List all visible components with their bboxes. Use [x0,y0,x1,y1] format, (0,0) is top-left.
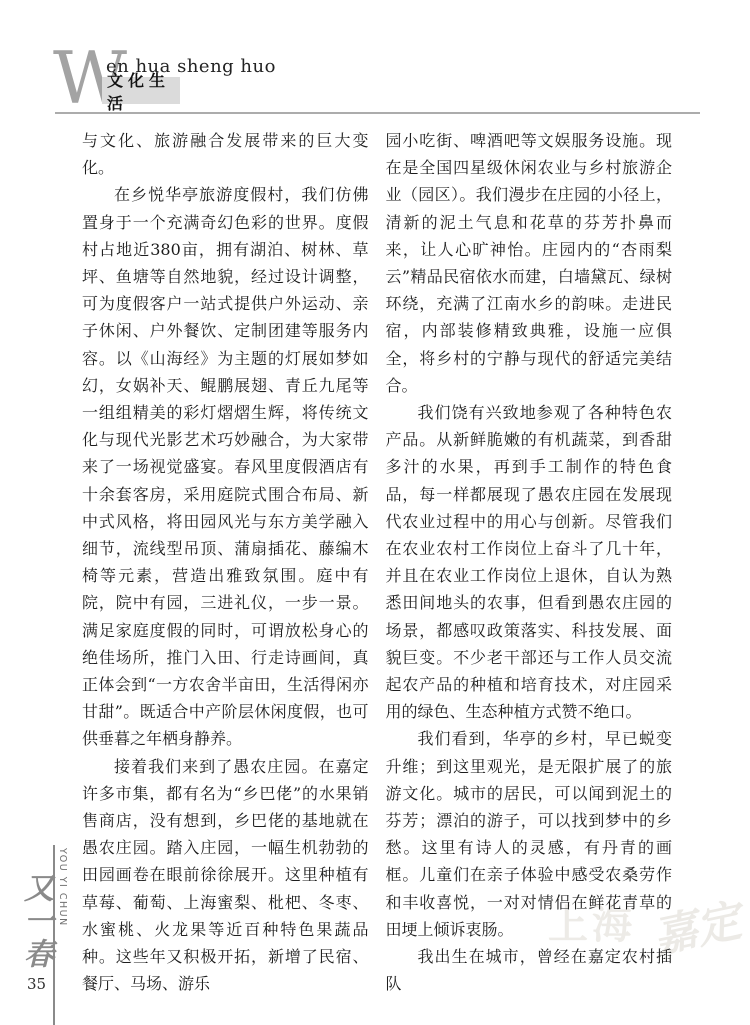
magazine-page: W en hua sheng huo 文化生活 上海 嘉定 与文化、旅游融合发展… [0,0,750,1025]
page-number: 35 [27,975,46,993]
paragraph: 接着我们来到了愚农庄园。在嘉定许多市集，都有名为“乡巴佬”的水果销售商店，没有想… [82,753,369,998]
paragraph: 我出生在城市，曾经在嘉定农村插队 [386,943,673,997]
paragraph: 我们饶有兴致地参观了各种特色农产品。从新鲜脆嫩的有机蔬菜，到香甜多汁的水果，再到… [386,399,673,725]
article-right-column: 园小吃街、啤酒吧等文娱服务设施。现在是全国四星级休闲农业与乡村旅游企业（园区）。… [386,127,673,998]
section-title-badge: 文化生活 [102,77,180,104]
paragraph: 园小吃街、啤酒吧等文娱服务设施。现在是全国四星级休闲农业与乡村旅游企业（园区）。… [386,127,673,399]
paragraph: 我们看到，华亭的乡村，早已蜕变升维；到这里观光，是无限扩展了的旅游文化。城市的居… [386,725,673,943]
article-body: 与文化、旅游融合发展带来的巨大变化。 在乡悦华亭旅游度假村，我们仿佛置身于一个充… [82,127,672,998]
sidebar-divider [53,845,55,1025]
sidebar-column-name: 又一春 [20,872,50,971]
paragraph: 在乡悦华亭旅游度假村，我们仿佛置身于一个充满奇幻色彩的世界。度假村占地近380亩… [82,181,369,752]
paragraph: 与文化、旅游融合发展带来的巨大变化。 [82,127,369,181]
header-divider [55,112,700,114]
article-left-column: 与文化、旅游融合发展带来的巨大变化。 在乡悦华亭旅游度假村，我们仿佛置身于一个充… [82,127,369,998]
sidebar-pinyin-vertical: YOU YI CHUN [57,848,68,927]
